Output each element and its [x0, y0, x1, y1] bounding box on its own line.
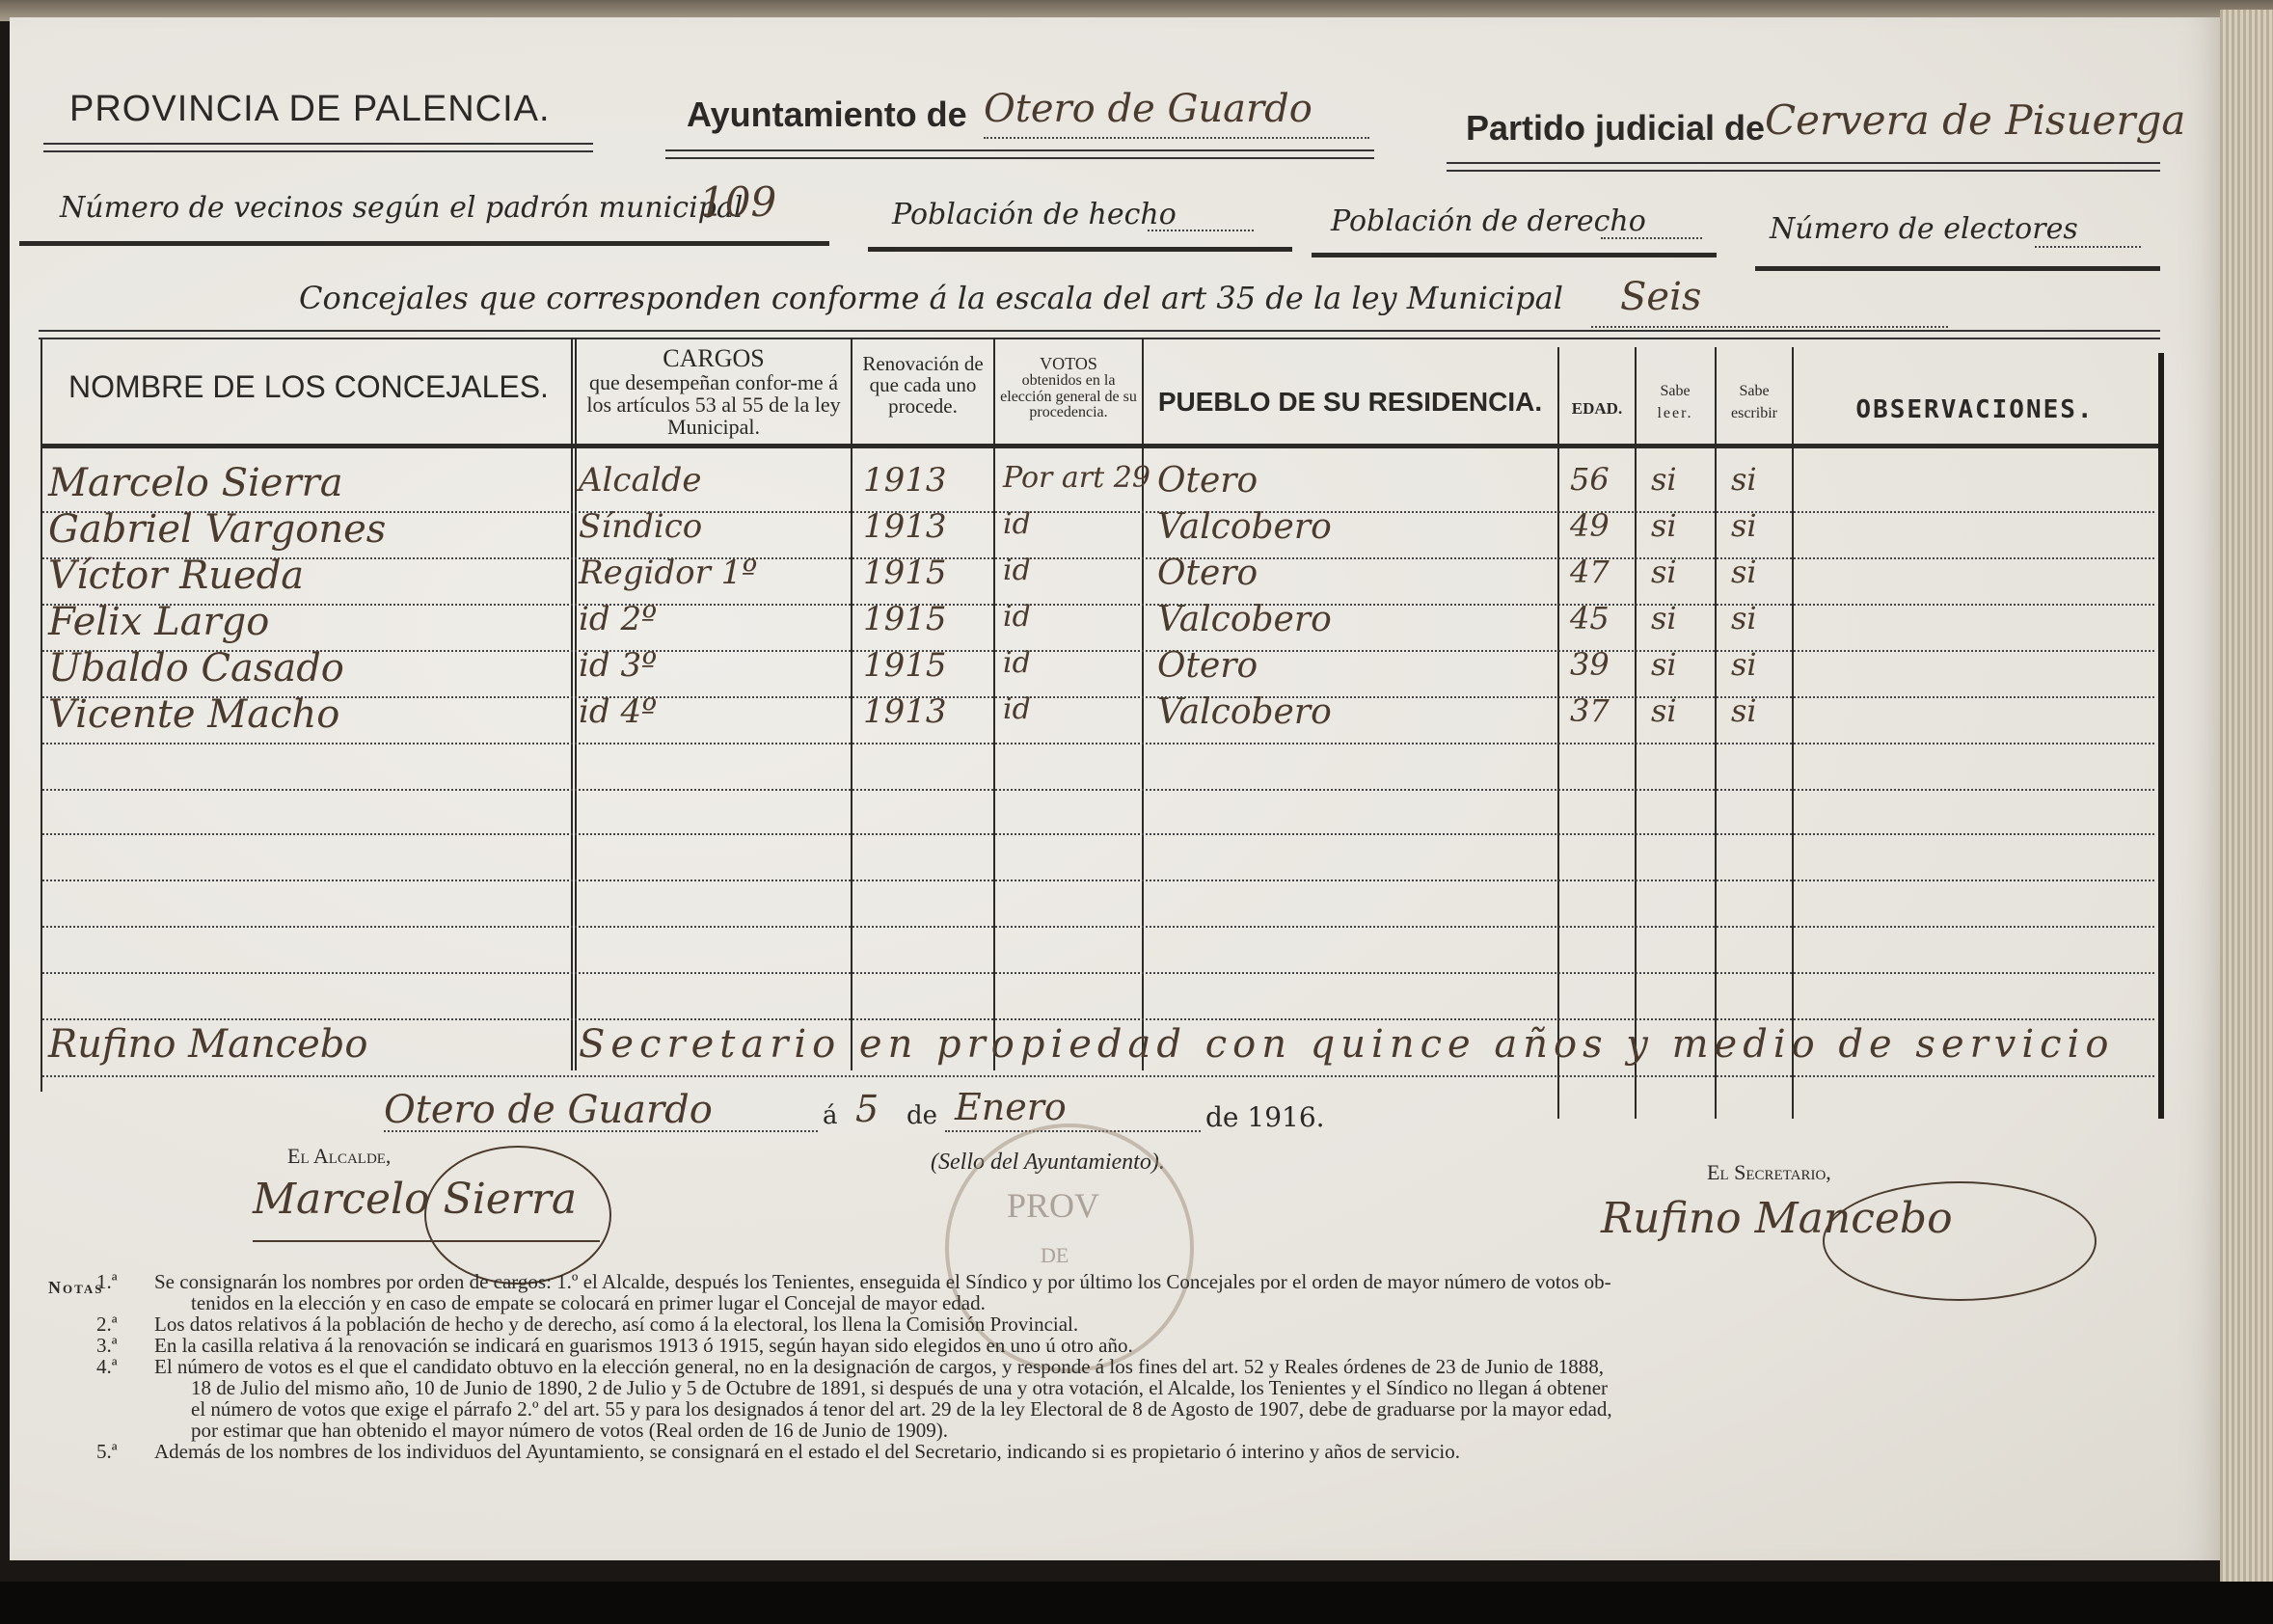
header-bottom-border — [42, 444, 2158, 448]
date-a: á — [823, 1101, 838, 1130]
dotted-line — [1591, 326, 1948, 328]
cell-escribir: si — [1731, 554, 1757, 590]
row-line — [42, 696, 2154, 698]
cell-leer: si — [1651, 600, 1677, 636]
date-day: 5 — [855, 1088, 879, 1130]
secretary-status: Secretario en propiedad con quince años … — [579, 1022, 2114, 1067]
poblacion-derecho-label: Población de derecho — [1331, 204, 1646, 238]
cell-edad: 39 — [1570, 646, 1610, 683]
note-item: 3.ªEn la casilla relativa á la renovació… — [48, 1335, 2170, 1356]
cell-renovacion: 1915 — [863, 646, 947, 685]
col-header-pueblo: PUEBLO DE SU RESIDENCIA. — [1148, 388, 1553, 416]
cell-edad: 45 — [1570, 600, 1610, 636]
cell-edad: 49 — [1570, 507, 1610, 544]
cell-leer: si — [1651, 646, 1677, 683]
cell-leer: si — [1651, 554, 1677, 590]
note-number: 2.ª — [96, 1313, 118, 1335]
cell-escribir: si — [1731, 692, 1757, 729]
cell-renovacion: 1915 — [863, 600, 947, 638]
note-number: 5.ª — [96, 1441, 118, 1462]
row-line — [42, 972, 2154, 974]
votos-title: VOTOS — [997, 355, 1140, 373]
row-line — [42, 1075, 2154, 1077]
notes-list: 1.ªSe consignarán los nombres por orden … — [48, 1271, 2170, 1462]
table-right-border — [2158, 353, 2164, 1119]
date-month: Enero — [955, 1086, 1067, 1128]
votos-subtitle: obtenidos en la elección general de su p… — [997, 373, 1140, 421]
sabe-label: Sabe — [1717, 384, 1792, 400]
note-text: En la casilla relativa á la renovación s… — [154, 1335, 2170, 1356]
poblacion-derecho-field[interactable] — [1601, 237, 1702, 239]
note-number: 1.ª — [96, 1271, 118, 1292]
note-item: 2.ªLos datos relativos á la población de… — [48, 1313, 2170, 1335]
cell-leer: si — [1651, 692, 1677, 729]
vecinos-label: Número de vecinos según el padrón munici… — [60, 191, 743, 225]
cargos-subtitle: que desempeñan confor-me á los artículos… — [577, 371, 851, 438]
col-header-nombre: NOMBRE DE LOS CONCEJALES. — [48, 371, 569, 404]
cell-escribir: si — [1731, 646, 1757, 683]
cell-escribir: si — [1731, 600, 1757, 636]
cell-nombre: Gabriel Vargones — [48, 507, 386, 552]
vecinos-value: 109 — [699, 178, 776, 226]
note-continuation: por estimar que han obtenido el mayor nú… — [154, 1420, 2170, 1441]
cell-votos: id — [1003, 507, 1031, 541]
cell-votos: id — [1003, 692, 1031, 726]
province-title: PROVINCIA DE PALENCIA. — [69, 89, 551, 130]
notes-section: Notas 1.ªSe consignarán los nombres por … — [48, 1271, 2170, 1462]
table-top-border — [39, 330, 2160, 339]
cell-pueblo: Otero — [1157, 554, 1258, 593]
electores-label: Número de electores — [1770, 212, 2078, 246]
cell-cargo: id 2º — [579, 600, 657, 638]
cell-cargo: id 3º — [579, 646, 657, 685]
signature-underline — [253, 1240, 600, 1242]
cell-votos: Por art 29 — [1003, 461, 1150, 495]
date-de: de — [906, 1101, 937, 1130]
cell-cargo: Alcalde — [579, 461, 702, 500]
row-line — [42, 789, 2154, 791]
col-divider — [1792, 347, 1794, 1119]
secretario-label: El Secretario, — [1707, 1160, 1831, 1185]
col-divider — [1635, 347, 1637, 1119]
table-left-border — [41, 339, 42, 1092]
date-place: Otero de Guardo — [384, 1088, 713, 1132]
date-year: de 1916. — [1205, 1101, 1325, 1133]
ayuntamiento-value: Otero de Guardo — [984, 87, 1312, 131]
cell-leer: si — [1651, 507, 1677, 544]
signature-flourish — [424, 1146, 611, 1285]
cell-nombre: Ubaldo Casado — [48, 646, 344, 690]
col-header-observaciones: OBSERVACIONES. — [1796, 397, 2154, 423]
concejales-label: Concejales que corresponden conforme á l… — [299, 280, 1563, 316]
note-item: 1.ªSe consignarán los nombres por orden … — [48, 1271, 2170, 1313]
note-item: 5.ªAdemás de los nombres de los individu… — [48, 1441, 2170, 1462]
row-line — [42, 926, 2154, 928]
col-header-votos: VOTOS obtenidos en la elección general d… — [997, 355, 1140, 421]
cell-votos: id — [1003, 554, 1031, 587]
cell-nombre: Vicente Macho — [48, 692, 339, 737]
note-continuation: el número de votos que exige el párrafo … — [154, 1398, 2170, 1420]
poblacion-hecho-label: Población de hecho — [892, 198, 1177, 231]
cell-renovacion: 1913 — [863, 461, 947, 500]
col-header-sabe-leer: Sabe leer. — [1637, 384, 1714, 422]
cell-escribir: si — [1731, 461, 1757, 498]
cell-pueblo: Otero — [1157, 646, 1258, 686]
note-number: 4.ª — [96, 1356, 118, 1377]
stamp-text: PROV — [1007, 1185, 1099, 1226]
row-line — [42, 833, 2154, 835]
divider — [1755, 266, 2160, 271]
col-header-edad: EDAD. — [1559, 400, 1635, 418]
ayuntamiento-label: Ayuntamiento de — [687, 95, 967, 135]
col-header-renovacion: Renovación de que cada uno procede. — [854, 353, 991, 417]
cell-renovacion: 1913 — [863, 692, 947, 731]
cell-edad: 47 — [1570, 554, 1610, 590]
cell-nombre: Felix Largo — [48, 600, 269, 644]
cell-nombre: Marcelo Sierra — [48, 461, 343, 505]
concejales-value: Seis — [1620, 275, 1701, 319]
cell-votos: id — [1003, 646, 1031, 680]
cell-cargo: Síndico — [579, 507, 702, 546]
row-line — [42, 650, 2154, 652]
cell-pueblo: Otero — [1157, 461, 1258, 501]
row-line — [42, 1018, 2154, 1020]
dotted-line — [984, 137, 1369, 139]
col-divider — [1557, 347, 1559, 1119]
cell-edad: 37 — [1570, 692, 1610, 729]
cell-renovacion: 1913 — [863, 507, 947, 546]
row-line — [42, 604, 2154, 606]
cell-renovacion: 1915 — [863, 554, 947, 592]
cell-pueblo: Valcobero — [1157, 600, 1332, 639]
cell-escribir: si — [1731, 507, 1757, 544]
cell-edad: 56 — [1570, 461, 1610, 498]
poblacion-hecho-field[interactable] — [1148, 230, 1254, 231]
divider — [868, 247, 1292, 252]
background-shadow — [0, 1582, 2273, 1624]
note-text: Además de los nombres de los individuos … — [154, 1441, 2170, 1462]
cell-nombre: Víctor Rueda — [48, 554, 304, 598]
escribir-label: escribir — [1717, 406, 1792, 422]
cell-cargo: Regidor 1º — [579, 554, 757, 592]
sabe-label: Sabe — [1637, 384, 1714, 400]
stamp-text: DE — [1041, 1243, 1069, 1268]
electores-field[interactable] — [2035, 246, 2141, 248]
book-page-edges — [2220, 10, 2273, 1624]
col-divider — [1715, 347, 1717, 1119]
cell-pueblo: Valcobero — [1157, 507, 1332, 547]
cell-cargo: id 4º — [579, 692, 657, 731]
note-item: 4.ªEl número de votos es el que el candi… — [48, 1356, 2170, 1441]
note-continuation: tenidos en la elección y en caso de empa… — [154, 1292, 2170, 1313]
dotted-line — [384, 1130, 818, 1132]
divider — [19, 241, 829, 246]
col-header-cargos: CARGOS que desempeñan confor-me á los ar… — [577, 345, 851, 439]
note-text: Los datos relativos á la población de he… — [154, 1313, 2170, 1335]
note-text: El número de votos es el que el candidat… — [154, 1356, 2170, 1377]
alcalde-label: El Alcalde, — [287, 1144, 391, 1169]
divider — [665, 149, 1374, 159]
note-continuation: 18 de Julio del mismo año, 10 de Junio d… — [154, 1377, 2170, 1398]
leer-label: leer. — [1637, 406, 1714, 422]
cell-leer: si — [1651, 461, 1677, 498]
divider — [43, 143, 593, 152]
cell-pueblo: Valcobero — [1157, 692, 1332, 732]
divider — [1447, 162, 2160, 172]
divider — [1312, 253, 1717, 257]
secretary-name: Rufino Mancebo — [48, 1022, 367, 1067]
row-line — [42, 743, 2154, 744]
partido-value: Cervera de Pisuerga — [1765, 96, 2185, 144]
cargos-title: CARGOS — [577, 345, 851, 371]
row-line — [42, 880, 2154, 881]
note-number: 3.ª — [96, 1335, 118, 1356]
col-header-sabe-escribir: Sabe escribir — [1717, 384, 1792, 422]
cell-votos: id — [1003, 600, 1031, 634]
partido-label: Partido judicial de — [1466, 108, 1765, 149]
note-text: Se consignarán los nombres por orden de … — [154, 1271, 2170, 1292]
row-line — [42, 557, 2154, 559]
